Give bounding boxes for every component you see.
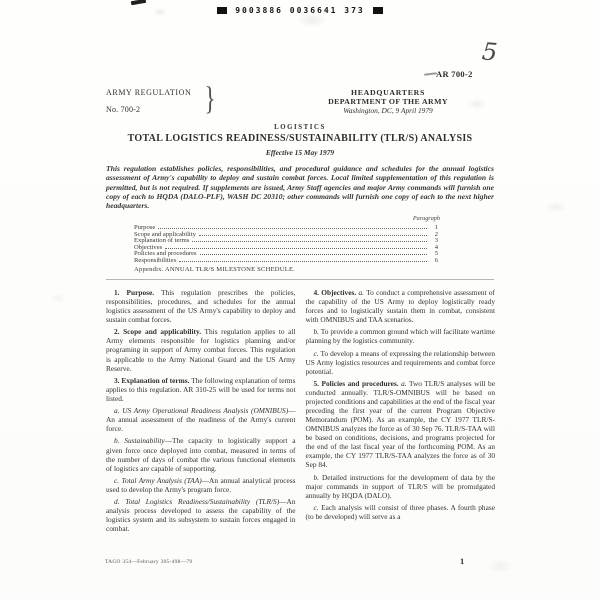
paragraph: b. Sustainability—The capacity to logist… [106,436,296,472]
paragraph: b. Detailed instructions for the develop… [306,473,496,500]
dotted-leader [199,235,427,236]
paragraph: 2. Scope and applicability. This regulat… [106,327,296,372]
paragraph: 5. Policies and procedures. a. Two TLR/S… [306,379,496,469]
headquarters-line: HEADQUARTERS [282,88,494,97]
effective-date: Effective 15 May 1979 [0,148,600,157]
summary-paragraph: This regulation establishes policies, re… [106,164,494,210]
paragraph: d. Total Logistics Readiness/Sustainabil… [106,497,296,533]
dotted-leader [165,248,427,249]
toc-column-label: Paragraph [106,215,440,222]
accession-stamp: 9003886 0036641 373 [0,6,600,15]
section-kicker: LOGISTICS [0,124,600,131]
page-number: 1 [460,556,464,566]
regulation-number: No. 700-2 [106,105,191,114]
toc-row: Purpose 1 [134,224,438,231]
handwritten-page-mark: 5 [481,37,499,66]
department-line: DEPARTMENT OF THE ARMY [282,97,494,106]
toc-row: Scope and applicability 2 [134,231,438,238]
paragraph-lead: 1. Purpose. [114,288,154,297]
table-of-contents: Purpose 1 Scope and applicability 2 Expl… [134,224,438,273]
paragraph-text: To provide a common ground which will fa… [306,327,496,345]
printer-imprint: TAGO 354—February 305-498—79 [105,559,192,565]
toc-paragraph-number: 6 [430,257,438,264]
stamp-number: 9003886 0036641 373 [235,6,365,15]
toc-row: Objectives 4 [134,244,438,251]
toc-row: Responsibilities 6 [134,257,438,264]
paragraph-lead: 4. Objectives. [314,288,357,297]
paragraph-lead: 2. Scope and applicability. [114,327,201,336]
paragraph-term: c. Total Army Analysis (TAA) [114,476,202,485]
paragraph-term: c. [314,349,319,358]
dotted-leader [179,261,427,262]
stamp-block-left [217,7,227,14]
dotted-leader [192,241,427,242]
masthead-left: ARMY REGULATION No. 700-2 } [106,88,191,115]
army-regulation-label: ARMY REGULATION [106,88,191,97]
scan-edge-mark [131,0,146,5]
paragraph: 1. Purpose. This regulation prescribes t… [106,288,296,324]
toc-label: Responsibilities [134,257,176,264]
toc-row: Policies and procedures 5 [134,250,438,257]
paragraph-term: b. Sustainability [114,436,165,445]
regulation-reference: AR 700-2 [436,69,473,79]
right-column: 4. Objectives. a. To conduct a comprehen… [306,288,496,536]
body-columns: 1. Purpose. This regulation prescribes t… [106,288,495,536]
paragraph-lead: 3. Explanation of terms. [114,376,189,385]
left-column: 1. Purpose. This regulation prescribes t… [106,288,296,536]
paragraph-term: b. [314,327,320,336]
paragraph-text: To develop a means of expressing the rel… [306,349,496,376]
paragraph-text: Detailed instructions for the developmen… [306,473,496,500]
paragraph-term: a. US Army Operational Readiness Analysi… [114,406,288,415]
toc-appendix: Appendix. ANNUAL TLR/S MILESTONE SCHEDUL… [134,266,438,273]
masthead-brace: } [204,81,216,118]
paragraph-text: Each analysis will consist of three phas… [306,503,495,521]
paragraph-lead: 5. Policies and procedures. [314,379,399,388]
paragraph: c. Each analysis will consist of three p… [306,503,496,521]
paragraph: b. To provide a common ground which will… [306,327,496,345]
scanned-regulation-page: 9003886 0036641 373 5 AR 700-2 ARMY REGU… [0,0,600,600]
paragraph-term: b. [314,473,320,482]
paragraph: 4. Objectives. a. To conduct a comprehen… [306,288,496,324]
dateline: Washington, DC, 9 April 1979 [282,106,494,115]
paragraph-term: c. [314,503,319,512]
masthead-right: HEADQUARTERS DEPARTMENT OF THE ARMY Wash… [282,88,494,115]
paragraph: c. Total Army Analysis (TAA)—An annual a… [106,476,296,494]
horizontal-rule [106,279,494,280]
toc-row: Explanation of terms 3 [134,237,438,244]
masthead: ARMY REGULATION No. 700-2 } HEADQUARTERS… [106,88,494,115]
stamp-block-right [373,7,383,14]
paragraph-term: a. [401,379,407,388]
paragraph-term: d. Total Logistics Readiness/Sustainabil… [114,497,279,506]
paragraph: c. To develop a means of expressing the … [306,349,496,376]
dotted-leader [200,254,427,255]
dotted-leader [158,228,427,229]
paragraph: a. US Army Operational Readiness Analysi… [106,406,296,433]
paragraph: 3. Explanation of terms. The following e… [106,376,296,403]
page-title: TOTAL LOGISTICS READINESS/SUSTAINABILITY… [0,133,600,144]
paragraph-text: Two TLR/S analyses will be conducted ann… [306,379,496,469]
paragraph-term: a. [358,288,364,297]
